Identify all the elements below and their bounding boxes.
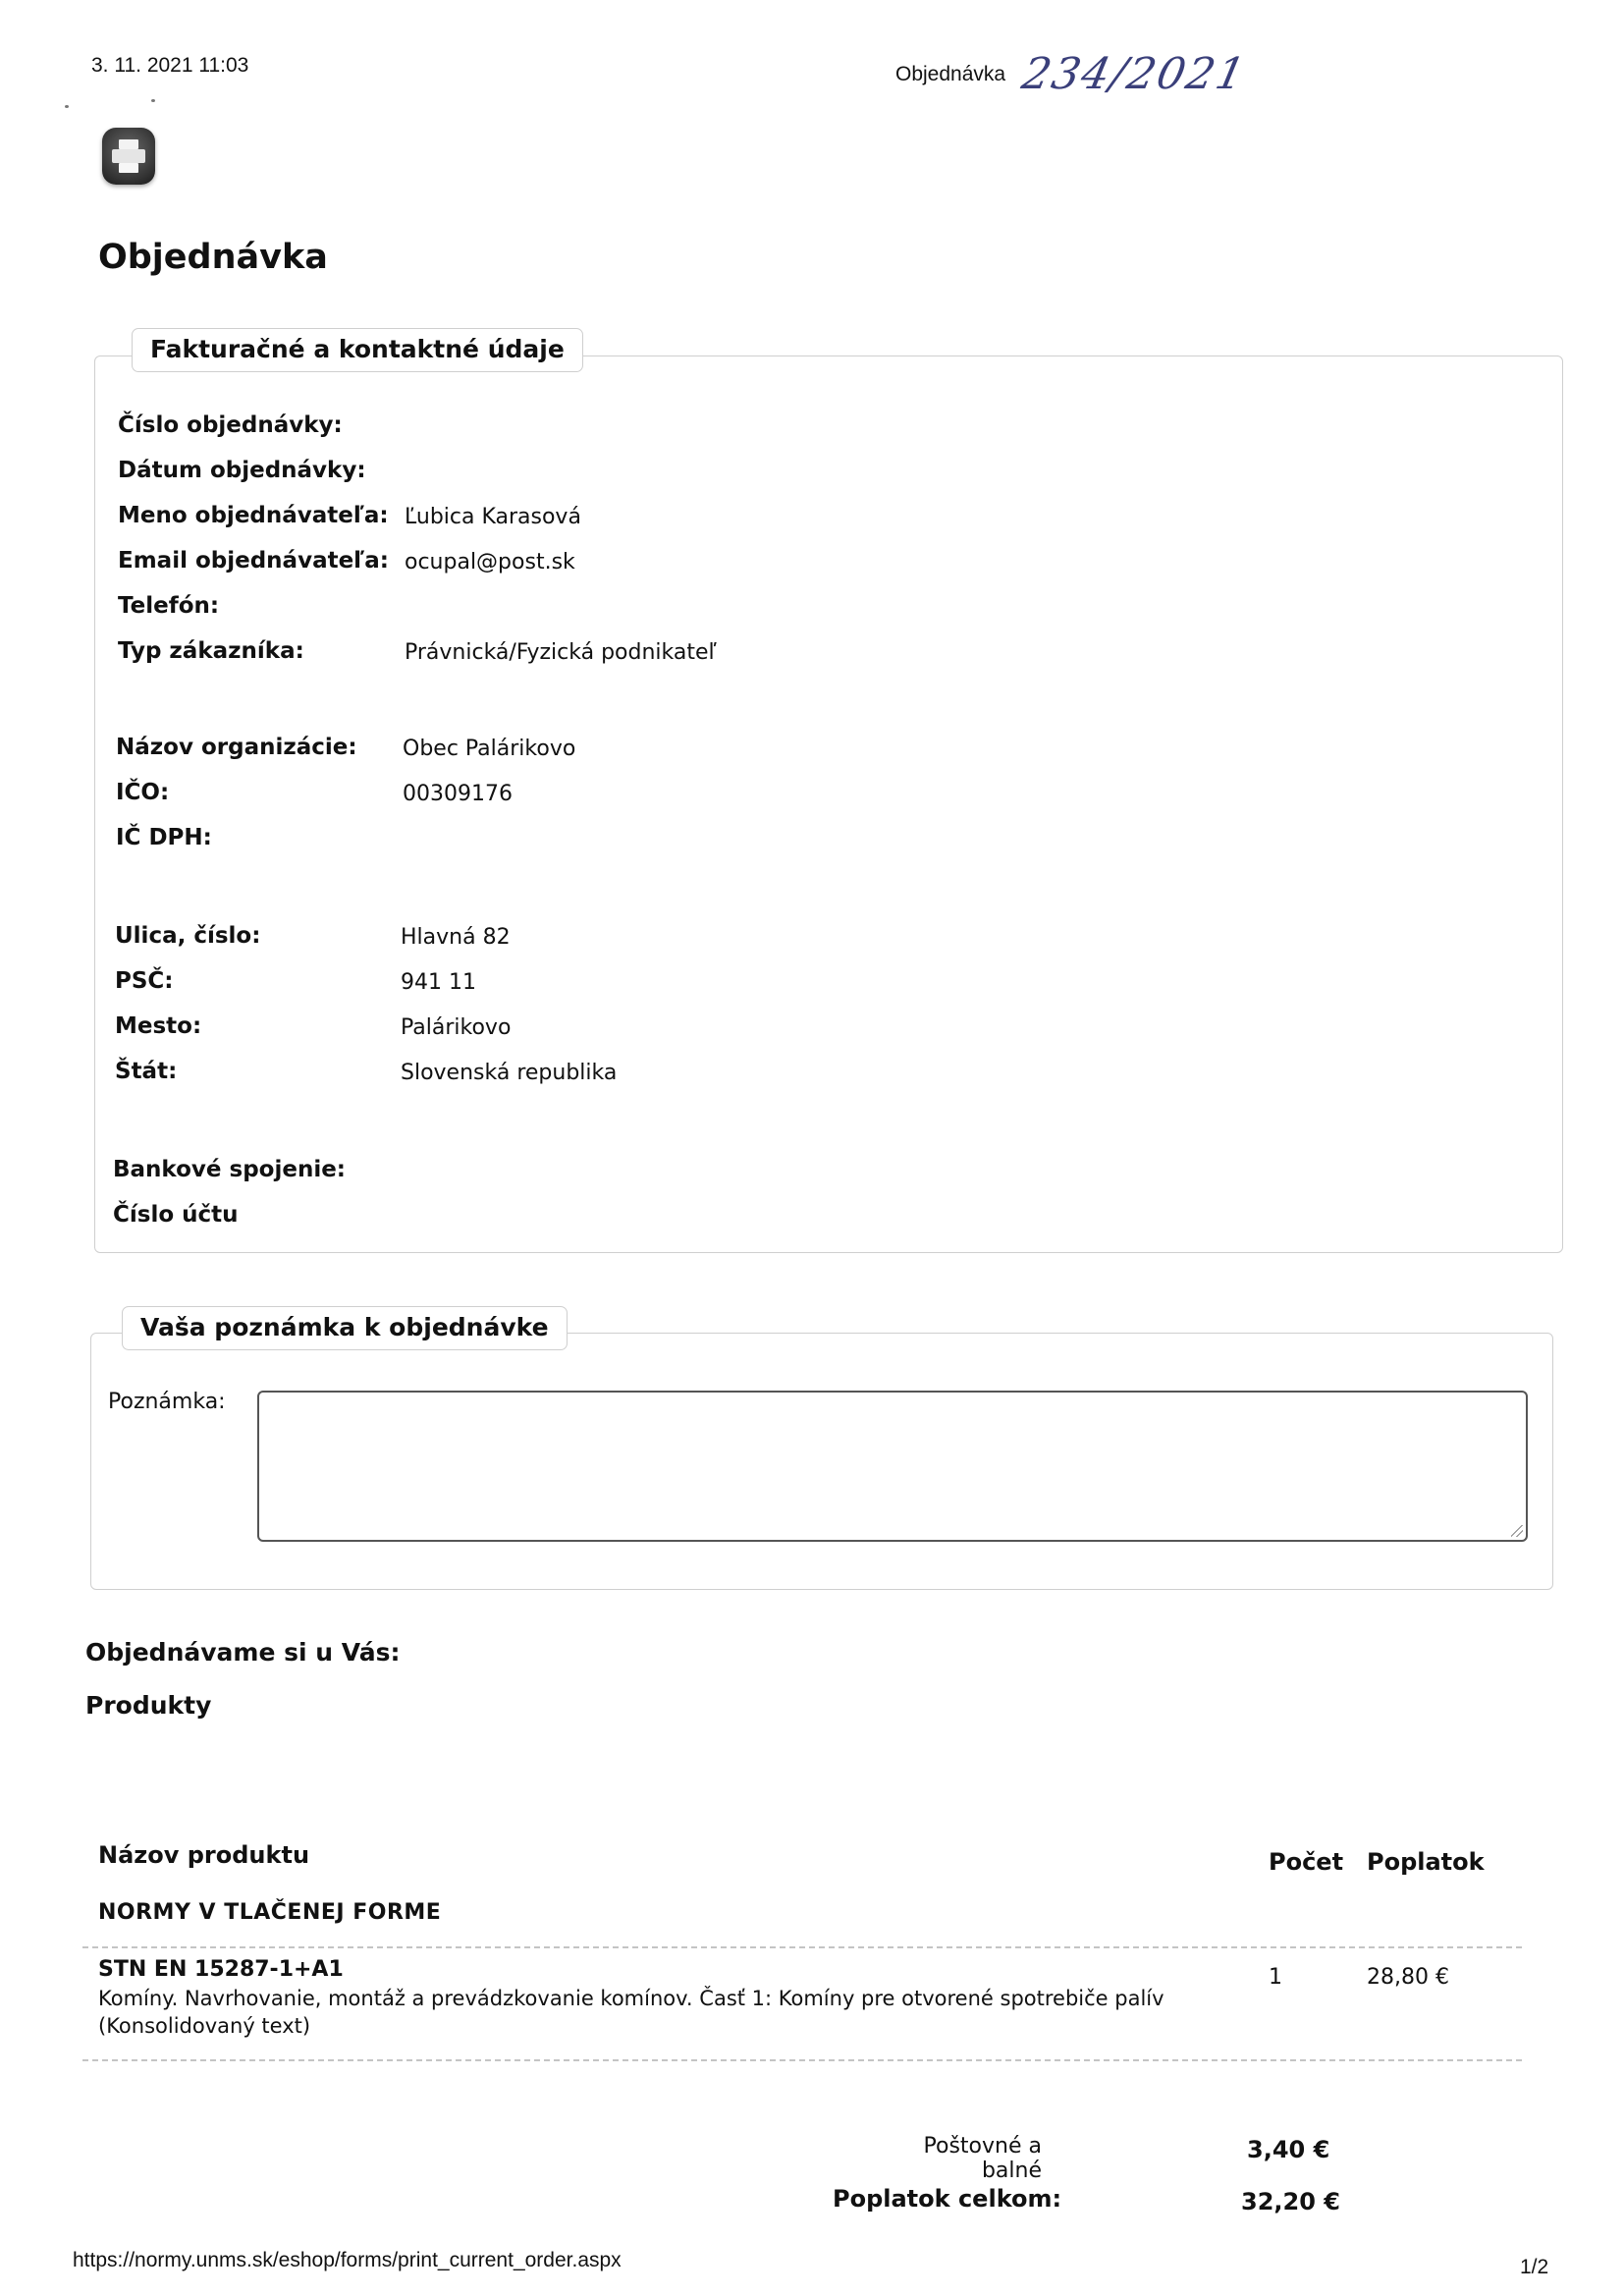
handwritten-order-number: 234/2021 [1018,49,1252,99]
footer-url: https://normy.unms.sk/eshop/forms/print_… [73,2249,622,2272]
field-label: Meno objednávateľa: [118,503,389,528]
field-label: PSČ: [115,968,174,994]
field-label: Číslo objednávky: [118,412,343,438]
product-category: NORMY V TLAČENEJ FORME [98,1900,441,1925]
billing-legend: Fakturačné a kontaktné údaje [132,328,583,372]
total-value: 32,20 € [1241,2188,1340,2215]
field-label: Dátum objednávky: [118,458,366,483]
field-label: Typ zákazníka: [118,638,304,664]
field-label: IČO: [116,780,169,805]
product-description: Komíny. Navrhovanie, montáž a prevádzkov… [98,1985,1237,2040]
field-value: ocupal@post.sk [405,550,575,574]
field-label: Číslo účtu [113,1202,239,1228]
page-title: Objednávka [98,238,328,277]
field-label: Ulica, číslo: [115,923,260,949]
product-fee: 28,80 € [1367,1965,1449,1990]
product-code: STN EN 15287-1+A1 [98,1957,344,1982]
column-header-name: Názov produktu [98,1841,309,1869]
field-value: Ľubica Karasová [405,505,581,529]
shipping-value: 3,40 € [1247,2136,1329,2163]
field-label: IČ DPH: [116,825,212,850]
billing-fieldset [94,355,1563,1253]
note-legend: Vaša poznámka k objednávke [122,1306,568,1350]
footer-page-number: 1/2 [1520,2256,1548,2279]
field-value: Palárikovo [401,1015,511,1040]
scan-speck [151,99,155,102]
row-divider [82,2059,1522,2061]
shipping-label: Poštovné a balné [860,2134,1042,2183]
order-heading: Objednávame si u Vás: [85,1638,401,1667]
field-label: Štát: [115,1059,177,1084]
print-order-label: Objednávka [895,63,1005,86]
field-label: Bankové spojenie: [113,1157,346,1182]
print-datetime: 3. 11. 2021 11:03 [91,54,248,78]
field-label: Telefón: [118,593,219,619]
note-label: Poznámka: [108,1390,226,1414]
field-value: 00309176 [403,782,513,806]
field-value: Hlavná 82 [401,925,511,950]
scan-speck [65,105,69,108]
field-label: Názov organizácie: [116,735,357,760]
resize-grip-icon[interactable] [1511,1525,1523,1537]
field-value: Obec Palárikovo [403,737,575,761]
note-textarea[interactable] [257,1391,1528,1542]
field-label: Mesto: [115,1013,201,1039]
field-value: 941 11 [401,970,476,995]
field-value: Slovenská republika [401,1061,617,1085]
field-label: Email objednávateľa: [118,548,389,574]
column-header-count: Počet [1269,1848,1343,1876]
total-label: Poplatok celkom: [833,2185,1061,2213]
print-button[interactable] [102,128,155,185]
print-order-header: Objednávka 234/2021 [895,49,1246,99]
row-divider [82,1946,1522,1948]
column-header-fee: Poplatok [1367,1848,1485,1876]
product-count: 1 [1269,1965,1282,1990]
products-heading: Produkty [85,1691,211,1720]
field-value: Právnická/Fyzická podnikateľ [405,640,717,665]
